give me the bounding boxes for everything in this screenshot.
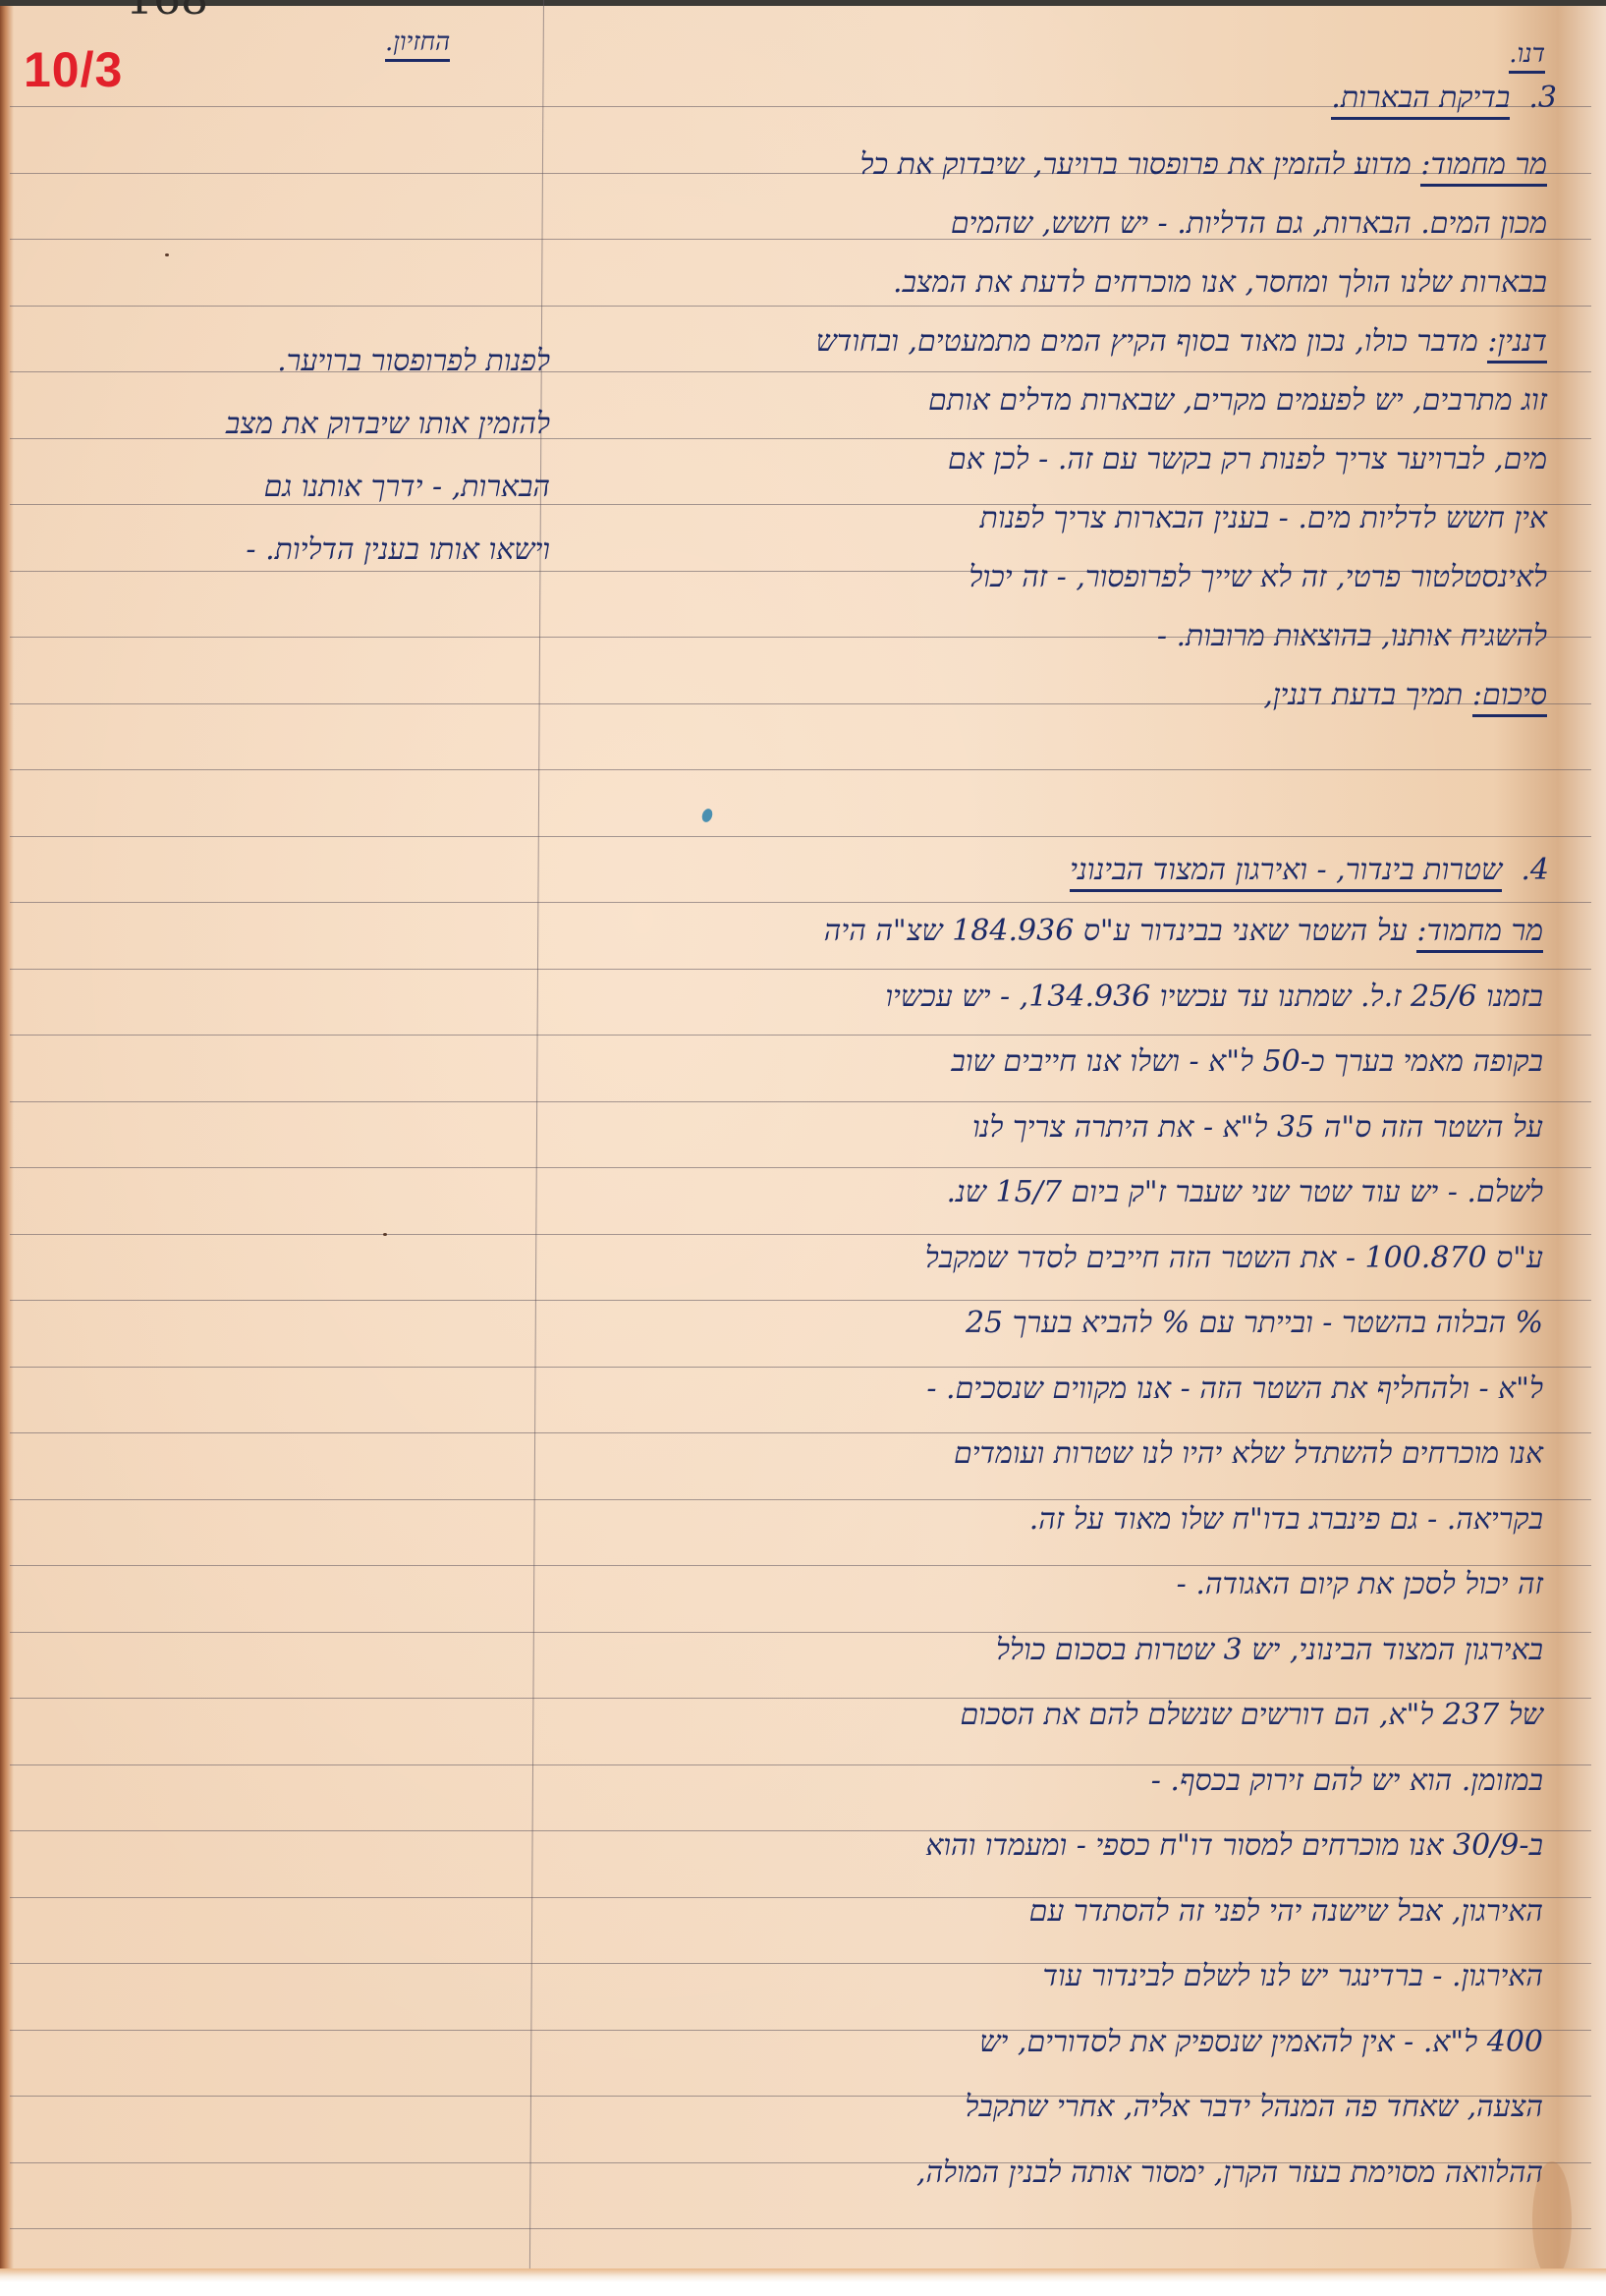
line-text: מים, לברויער צריך לפנות רק בקשר עם זה. -… xyxy=(948,442,1547,476)
margin-line xyxy=(529,0,544,2269)
rule-line xyxy=(10,836,1591,837)
scan-top-edge xyxy=(0,0,1606,6)
rule-line xyxy=(10,1300,1591,1301)
handwritten-line: ב-30/9 אנו מוכרחים למסור דו"ח כספי - ומע… xyxy=(925,1828,1543,1863)
line-text: באירגון המצוד הבינוני, יש 3 שטרות בסכום … xyxy=(996,1633,1543,1667)
handwritten-line: % הבלוה בהשטר - ובייתר עם % להביא בערך 2… xyxy=(966,1306,1543,1340)
rule-line xyxy=(10,1234,1591,1235)
speaker-label: דננין: xyxy=(1487,324,1547,364)
speck xyxy=(383,1233,387,1236)
handwritten-line: של 237 ל"א, הם דורשים שנשלם להם את הסכום xyxy=(960,1698,1543,1732)
line-text: האירגון, אבל שישנה יהי לפני זה להסתדר עם xyxy=(1029,1894,1543,1929)
handwritten-line: מכון המים. הבארות, גם הדליות. - יש חשש, … xyxy=(951,206,1547,241)
handwritten-line: סיכום: תמיך בדעת דננין, xyxy=(1263,678,1547,712)
line-text: האירגון. - ברדינגר יש לנו לשלם לבינדור ע… xyxy=(1042,1959,1543,1993)
handwritten-line: לאינסטלטור פרטי, זה לא שייך לפרופסור, - … xyxy=(969,560,1547,594)
handwritten-line: זוג מתרבים, יש לפעמים מקרים, שבארות מדלי… xyxy=(928,383,1547,418)
handwritten-line: מר מחמוד: מדוע להזמין את פרופסור ברויער,… xyxy=(859,147,1547,182)
rule-line xyxy=(10,1499,1591,1500)
rule-line xyxy=(10,306,1591,307)
line-text: מדבר כולו, נכון מאוד בסוף הקיץ המים מתמע… xyxy=(816,324,1478,359)
rule-line xyxy=(10,1167,1591,1168)
margin-note-line: וישאו אותו בענין הדליות. - xyxy=(246,532,550,567)
handwritten-line: על השטר הזה ס"ה 35 ל"א - את היתרה צריך ל… xyxy=(972,1110,1543,1145)
rule-line xyxy=(10,371,1591,372)
rule-line xyxy=(10,1101,1591,1102)
handwritten-line: לשלם. - יש עוד שטר שני שעבר ז"ק ביום 15/… xyxy=(946,1175,1543,1209)
line-text: מדוע להזמין את פרופסור ברויער, שיבדוק את… xyxy=(859,147,1411,182)
line-text: בקופה מאמי בערך כ-50 ל"א - ושלו אנו חייב… xyxy=(951,1044,1543,1079)
line-text: ב-30/9 אנו מוכרחים למסור דו"ח כספי - ומע… xyxy=(925,1828,1543,1863)
stain xyxy=(1532,2161,1572,2279)
handwritten-line: בבארות שלנו הולך ומחסר, אנו מוכרחים לדעת… xyxy=(893,265,1547,300)
line-text: תמיך בדעת דננין, xyxy=(1263,678,1463,712)
speck xyxy=(165,253,169,256)
margin-note-line: הבארות, - ידרך אותנו גם xyxy=(264,470,550,504)
handwritten-line: דננין: מדבר כולו, נכון מאוד בסוף הקיץ המ… xyxy=(816,324,1547,359)
rule-line xyxy=(10,2228,1591,2229)
section4-heading: 4. שטרות בינדור, - ואירגון המצוד הבינוני xyxy=(1070,853,1549,887)
line-text: זה יכול לסכן את קיום האגודה. - xyxy=(1177,1567,1543,1601)
rule-line xyxy=(10,1035,1591,1036)
line-text: על השטר שאני בבינדור ע"ס 184.936 שצ"ה הי… xyxy=(824,914,1408,948)
handwritten-line: בקריאה. - גם פינברג בדו"ח שלו מאוד על זה… xyxy=(1029,1502,1543,1537)
margin-note-line: להזמין אותו שיבדוק את מצב xyxy=(226,407,550,441)
handwritten-line: אנו מוכרחים להשתדל שלא יהיו לנו שטרות וע… xyxy=(954,1436,1543,1471)
handwritten-line: מים, לברויער צריך לפנות רק בקשר עם זה. -… xyxy=(948,442,1547,476)
page-number: 168 xyxy=(126,0,208,25)
line-text: בבארות שלנו הולך ומחסר, אנו מוכרחים לדעת… xyxy=(893,265,1547,300)
handwritten-line: הצעה, שאחד פה המנהל ידבר אליה, אחרי שתקב… xyxy=(965,2090,1543,2124)
ink-blot xyxy=(700,808,714,824)
rule-line xyxy=(10,902,1591,903)
speaker-label: מר מחמוד: xyxy=(1420,147,1547,187)
margin-note-line: לפנות לפרופסור ברויער. xyxy=(277,344,550,378)
line-text: בקריאה. - גם פינברג בדו"ח שלו מאוד על זה… xyxy=(1029,1502,1543,1537)
handwritten-line: מר מחמוד: על השטר שאני בבינדור ע"ס 184.9… xyxy=(824,914,1543,948)
rule-line xyxy=(10,769,1591,770)
speaker-label: סיכום: xyxy=(1472,678,1547,717)
line-text: % הבלוה בהשטר - ובייתר עם % להביא בערך 2… xyxy=(966,1306,1543,1340)
line-text: מכון המים. הבארות, גם הדליות. - יש חשש, … xyxy=(951,206,1547,241)
handwritten-line: אין חשש לדליות מים. - בענין הבארות צריך … xyxy=(980,501,1547,535)
line-text: הצעה, שאחד פה המנהל ידבר אליה, אחרי שתקב… xyxy=(965,2090,1543,2124)
header-left: החזיון. xyxy=(385,28,450,57)
handwritten-line: ההלוואה מסוימת בעזר הקרן, ימסור אותה לבנ… xyxy=(916,2156,1543,2190)
handwritten-line: בזמנו 25/6 ז.ל. שמתנו עד עכשיו 134.936, … xyxy=(885,980,1543,1014)
rule-line xyxy=(10,1432,1591,1433)
line-text: אין חשש לדליות מים. - בענין הבארות צריך … xyxy=(980,501,1547,535)
handwritten-line: האירגון, אבל שישנה יהי לפני זה להסתדר עם xyxy=(1029,1894,1543,1929)
handwritten-line: זה יכול לסכן את קיום האגודה. - xyxy=(1177,1567,1543,1601)
line-text: של 237 ל"א, הם דורשים שנשלם להם את הסכום xyxy=(960,1698,1543,1732)
handwritten-line: ל"א - ולהחליף את השטר הזה - אנו מקווים ש… xyxy=(926,1372,1543,1406)
handwritten-line: במזומן. הוא יש להם זירוק בכסף. - xyxy=(1151,1764,1543,1798)
speaker-label: מר מחמוד: xyxy=(1416,914,1543,953)
section3-heading: 3. בדיקת הבארות. xyxy=(1331,81,1557,115)
line-text: להשגיח אותנו, בהוצאות מרובות. - xyxy=(1157,619,1547,653)
handwritten-line: 400 ל"א. - אין להאמין שנספיק את לסדורים,… xyxy=(979,2025,1543,2059)
handwritten-line: באירגון המצוד הבינוני, יש 3 שטרות בסכום … xyxy=(996,1633,1543,1667)
rule-line xyxy=(10,1367,1591,1368)
line-text: ל"א - ולהחליף את השטר הזה - אנו מקווים ש… xyxy=(926,1372,1543,1406)
rule-line xyxy=(10,1565,1591,1566)
handwritten-line: בקופה מאמי בערך כ-50 ל"א - ושלו אנו חייב… xyxy=(951,1044,1543,1079)
line-text: במזומן. הוא יש להם זירוק בכסף. - xyxy=(1151,1764,1543,1798)
line-text: לאינסטלטור פרטי, זה לא שייך לפרופסור, - … xyxy=(969,560,1547,594)
line-text: ע"ס 100.870 - את השטר הזה חייבים לסדר שמ… xyxy=(925,1241,1543,1275)
line-text: ההלוואה מסוימת בעזר הקרן, ימסור אותה לבנ… xyxy=(916,2156,1543,2190)
handwritten-line: האירגון. - ברדינגר יש לנו לשלם לבינדור ע… xyxy=(1042,1959,1543,1993)
handwritten-line: ע"ס 100.870 - את השטר הזה חייבים לסדר שמ… xyxy=(925,1241,1543,1275)
notebook-page: 168 10/3 החזיון. דנו. 3. בדיקת הבארות. מ… xyxy=(0,0,1606,2296)
header-right: דנו. xyxy=(1509,39,1545,69)
scan-bottom-edge xyxy=(0,2268,1606,2296)
handwritten-line: להשגיח אותנו, בהוצאות מרובות. - xyxy=(1157,619,1547,653)
line-text: אנו מוכרחים להשתדל שלא יהיו לנו שטרות וע… xyxy=(954,1436,1543,1471)
line-text: לשלם. - יש עוד שטר שני שעבר ז"ק ביום 15/… xyxy=(946,1175,1543,1209)
rule-line xyxy=(10,969,1591,970)
line-text: זוג מתרבים, יש לפעמים מקרים, שבארות מדלי… xyxy=(928,383,1547,418)
line-text: 400 ל"א. - אין להאמין שנספיק את לסדורים,… xyxy=(979,2025,1543,2059)
date-stamp: 10/3 xyxy=(24,41,123,98)
line-text: על השטר הזה ס"ה 35 ל"א - את היתרה צריך ל… xyxy=(972,1110,1543,1145)
line-text: בזמנו 25/6 ז.ל. שמתנו עד עכשיו 134.936, … xyxy=(885,980,1543,1014)
